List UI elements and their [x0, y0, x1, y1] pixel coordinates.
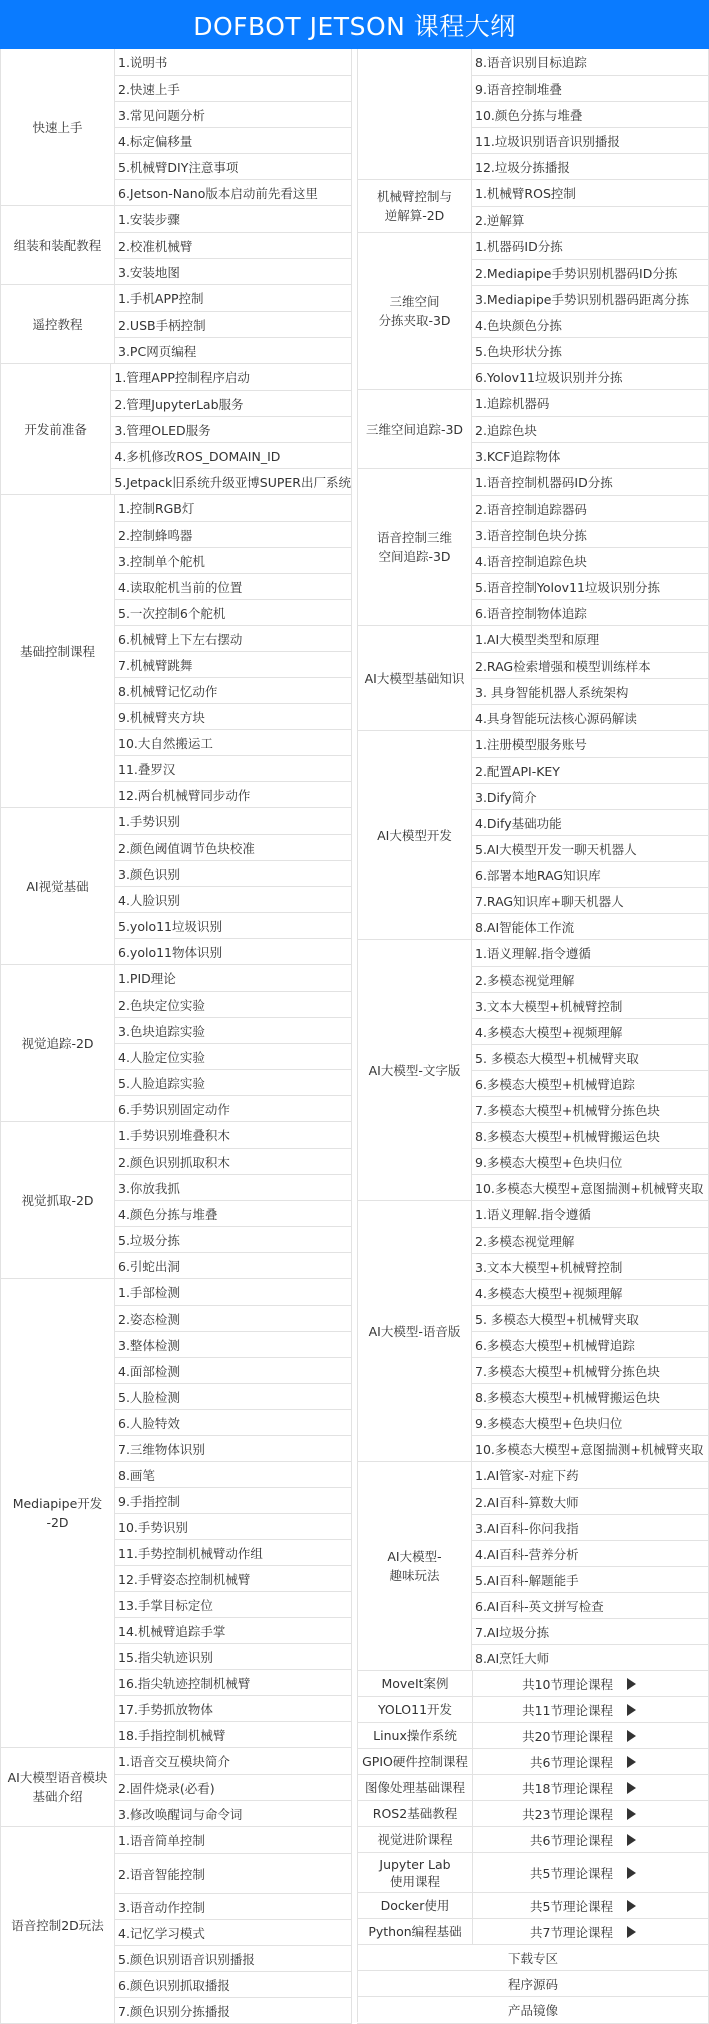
lesson-link[interactable]: 2.Mediapipe手势识别机器码ID分拣 — [472, 259, 708, 285]
lesson-link[interactable]: 6.yolo11物体识别 — [115, 938, 351, 964]
lesson-link[interactable]: 2.控制蜂鸣器 — [115, 521, 351, 547]
lesson-link[interactable]: 2.固件烧录(必看) — [115, 1774, 351, 1800]
lesson-link[interactable]: 7.三维物体识别 — [115, 1435, 351, 1461]
lesson-link[interactable]: 3.Dify简介 — [472, 783, 708, 809]
lesson-list: 1.语音简单控制2.语音智能控制3.语音动作控制4.记忆学习模式5.颜色识别语音… — [115, 1827, 352, 2023]
play-triangle-icon[interactable] — [627, 1782, 636, 1794]
lesson-link[interactable]: 8.机械臂记忆动作 — [115, 677, 351, 703]
course-group: 遥控教程1.手机APP控制2.USB手柄控制3.PC网页编程 — [1, 284, 352, 363]
lesson-link[interactable]: 6.人脸特效 — [115, 1409, 351, 1435]
category-label: 视觉追踪-2D — [1, 965, 115, 1121]
course-group: AI大模型开发1.注册模型服务账号2.配置API-KEY3.Dify简介4.Di… — [357, 730, 708, 939]
lesson-link[interactable]: 6.多模态大模型+机械臂追踪 — [472, 1331, 708, 1357]
play-triangle-icon[interactable] — [627, 1704, 636, 1716]
category-label: 语音控制2D玩法 — [1, 1827, 115, 2023]
lesson-link[interactable]: 7.多模态大模型+机械臂分拣色块 — [472, 1357, 708, 1383]
lesson-link[interactable]: 12.手臂姿态控制机械臂 — [115, 1565, 351, 1591]
lesson-link[interactable]: 4.标定偏移量 — [115, 127, 351, 153]
lesson-link[interactable]: 1.机器码ID分拣 — [472, 233, 708, 259]
lesson-link[interactable]: 3.KCF追踪物体 — [472, 442, 708, 468]
left-course-table: 快速上手1.说明书2.快速上手3.常见问题分析4.标定偏移量5.机械臂DIY注意… — [0, 49, 352, 2024]
course-name[interactable]: YOLO11开发 — [358, 1697, 473, 1722]
course-count: 共10节理论课程 — [522, 1675, 613, 1693]
lesson-link[interactable]: 10.手势识别 — [115, 1513, 351, 1539]
course-count-link[interactable]: 共5节理论课程 — [473, 1893, 708, 1918]
lesson-link[interactable]: 14.机械臂追踪手掌 — [115, 1617, 351, 1643]
lesson-link[interactable]: 3.你放我抓 — [115, 1174, 351, 1200]
course-name[interactable]: MoveIt案例 — [358, 1671, 473, 1696]
course-count: 共7节理论课程 — [530, 1923, 613, 1941]
course-count-link[interactable]: 共11节理论课程 — [473, 1697, 708, 1722]
resource-link[interactable]: 程序源码 — [357, 1970, 708, 1996]
category-label: 组装和装配教程 — [1, 206, 115, 284]
course-outline: 快速上手1.说明书2.快速上手3.常见问题分析4.标定偏移量5.机械臂DIY注意… — [0, 49, 709, 2024]
category-label: 遥控教程 — [1, 285, 115, 363]
lesson-link[interactable]: 3.管理OLED服务 — [111, 416, 351, 442]
course-name[interactable]: Jupyter Lab 使用课程 — [358, 1853, 473, 1892]
lesson-link[interactable]: 11.垃圾识别语音识别播报 — [472, 127, 708, 153]
lesson-link[interactable]: 10.大自然搬运工 — [115, 729, 351, 755]
lesson-link[interactable]: 12.两台机械臂同步动作 — [115, 781, 351, 807]
theory-course-row[interactable]: Linux操作系统共20节理论课程 — [357, 1722, 708, 1748]
course-group: 语音控制2D玩法1.语音简单控制2.语音智能控制3.语音动作控制4.记忆学习模式… — [1, 1826, 352, 2023]
play-triangle-icon[interactable] — [627, 1808, 636, 1820]
lesson-link[interactable]: 7.颜色识别分拣播报 — [115, 1997, 351, 2023]
lesson-link[interactable]: 3.色块追踪实验 — [115, 1017, 351, 1043]
lesson-link[interactable]: 8.AI智能体工作流 — [472, 913, 708, 939]
lesson-link[interactable]: 11.手势控制机械臂动作组 — [115, 1539, 351, 1565]
lesson-list: 1.注册模型服务账号2.配置API-KEY3.Dify简介4.Dify基础功能5… — [472, 731, 708, 939]
lesson-link[interactable]: 5.Jetpack旧系统升级亚博SUPER出厂系统 — [111, 468, 351, 494]
lesson-link[interactable]: 6.Jetson-Nano版本启动前先看这里 — [115, 179, 351, 205]
lesson-link[interactable]: 3.文本大模型+机械臂控制 — [472, 1253, 708, 1279]
category-label: AI大模型-文字版 — [357, 940, 472, 1200]
lesson-link[interactable]: 15.指尖轨迹识别 — [115, 1643, 351, 1669]
lesson-link[interactable]: 1.AI管家-对症下药 — [472, 1462, 708, 1488]
course-name[interactable]: 图像处理基础课程 — [358, 1775, 473, 1800]
lesson-link[interactable]: 5.AI百科-解题能手 — [472, 1566, 708, 1592]
lesson-list: 1.语义理解.指令遵循2.多模态视觉理解3.文本大模型+机械臂控制4.多模态大模… — [472, 940, 708, 1200]
course-group: AI大模型- 趣味玩法1.AI管家-对症下药2.AI百科-算数大师3.AI百科-… — [357, 1461, 708, 1670]
lesson-link[interactable]: 16.指尖轨迹控制机械臂 — [115, 1669, 351, 1695]
lesson-link[interactable]: 4.颜色分拣与堆叠 — [115, 1200, 351, 1226]
lesson-link[interactable]: 5.色块形状分拣 — [472, 337, 708, 363]
category-label: 快速上手 — [1, 49, 115, 205]
lesson-link[interactable]: 2.语音控制追踪器码 — [472, 495, 708, 521]
lesson-link[interactable]: 3.语音控制色块分拣 — [472, 521, 708, 547]
course-group: 视觉追踪-2D1.PID理论2.色块定位实验3.色块追踪实验4.人脸定位实验5.… — [1, 964, 352, 1121]
course-count-link[interactable]: 共6节理论课程 — [473, 1827, 708, 1852]
lesson-list: 1.PID理论2.色块定位实验3.色块追踪实验4.人脸定位实验5.人脸追踪实验6… — [115, 965, 352, 1121]
page-title: DOFBOT JETSON 课程大纲 — [193, 7, 516, 43]
lesson-link[interactable]: 3.安装地图 — [115, 258, 351, 284]
lesson-link[interactable]: 5. 多模态大模型+机械臂夹取 — [472, 1044, 708, 1070]
course-group: AI大模型-文字版1.语义理解.指令遵循2.多模态视觉理解3.文本大模型+机械臂… — [357, 939, 708, 1200]
course-group: 三维空间 分拣夹取-3D1.机器码ID分拣2.Mediapipe手势识别机器码I… — [357, 232, 708, 389]
lesson-list: 1.机器码ID分拣2.Mediapipe手势识别机器码ID分拣3.Mediapi… — [472, 233, 708, 389]
course-count: 共18节理论课程 — [522, 1779, 613, 1797]
theory-course-row[interactable]: GPIO硬件控制课程共6节理论课程 — [357, 1748, 708, 1774]
category-label: 基础控制课程 — [1, 495, 115, 807]
course-name[interactable]: 视觉进阶课程 — [358, 1827, 473, 1852]
lesson-link[interactable]: 2.快速上手 — [115, 75, 351, 101]
category-label: 三维空间 分拣夹取-3D — [357, 233, 472, 389]
category-label: AI大模型语音模块基础介绍 — [1, 1748, 115, 1826]
course-group: 8.语音识别目标追踪9.语音控制堆叠10.颜色分拣与堆叠11.垃圾识别语音识别播… — [357, 49, 708, 179]
lesson-link[interactable]: 1.机械臂ROS控制 — [472, 180, 708, 206]
lesson-link[interactable]: 2.色块定位实验 — [115, 991, 351, 1017]
course-group: 组装和装配教程1.安装步骤2.校准机械臂3.安装地图 — [1, 205, 352, 284]
lesson-link[interactable]: 11.叠罗汉 — [115, 755, 351, 781]
lesson-link[interactable]: 1.控制RGB灯 — [115, 495, 351, 521]
course-count: 共5节理论课程 — [530, 1864, 613, 1882]
lesson-link[interactable]: 6.语音控制物体追踪 — [472, 599, 708, 625]
lesson-link[interactable]: 5.机械臂DIY注意事项 — [115, 153, 351, 179]
lesson-link[interactable]: 2.管理JupyterLab服务 — [111, 390, 351, 416]
lesson-link[interactable]: 3.颜色识别 — [115, 860, 351, 886]
course-group: 开发前准备1.管理APP控制程序启动2.管理JupyterLab服务3.管理OL… — [1, 363, 352, 494]
page-header: DOFBOT JETSON 课程大纲 — [0, 0, 709, 49]
lesson-link[interactable]: 9.手指控制 — [115, 1487, 351, 1513]
lesson-list: 1.追踪机器码2.追踪色块3.KCF追踪物体 — [472, 390, 708, 468]
lesson-link[interactable]: 1.PID理论 — [115, 965, 351, 991]
lesson-link[interactable]: 7.AI垃圾分拣 — [472, 1618, 708, 1644]
lesson-link[interactable]: 4.人脸定位实验 — [115, 1043, 351, 1069]
category-label: AI大模型基础知识 — [357, 626, 472, 730]
lesson-link[interactable]: 2.颜色阈值调节色块校准 — [115, 834, 351, 860]
lesson-link[interactable]: 5.yolo11垃圾识别 — [115, 912, 351, 938]
lesson-link[interactable]: 4.语音控制追踪色块 — [472, 547, 708, 573]
lesson-link[interactable]: 3.PC网页编程 — [115, 337, 351, 363]
lesson-link[interactable]: 2.多模态视觉理解 — [472, 966, 708, 992]
lesson-link[interactable]: 4.Dify基础功能 — [472, 809, 708, 835]
course-name[interactable]: Linux操作系统 — [358, 1723, 473, 1748]
lesson-link[interactable]: 1.说明书 — [115, 49, 351, 75]
lesson-link[interactable]: 4.记忆学习模式 — [115, 1919, 351, 1945]
course-group: 三维空间追踪-3D1.追踪机器码2.追踪色块3.KCF追踪物体 — [357, 389, 708, 468]
lesson-link[interactable]: 2.逆解算 — [472, 206, 708, 232]
course-name[interactable]: Python编程基础 — [358, 1919, 473, 1944]
category-label: AI视觉基础 — [1, 808, 115, 964]
lesson-link[interactable]: 18.手指控制机械臂 — [115, 1721, 351, 1747]
lesson-link[interactable]: 3.文本大模型+机械臂控制 — [472, 992, 708, 1018]
lesson-link[interactable]: 4.读取舵机当前的位置 — [115, 573, 351, 599]
lesson-link[interactable]: 9.语音控制堆叠 — [472, 75, 708, 101]
course-count-link[interactable]: 共10节理论课程 — [473, 1671, 708, 1696]
lesson-link[interactable]: 10.多模态大模型+意图揣测+机械臂夹取 — [472, 1435, 708, 1461]
lesson-link[interactable]: 3.AI百科-你问我指 — [472, 1514, 708, 1540]
lesson-link[interactable]: 1.追踪机器码 — [472, 390, 708, 416]
course-count-link[interactable]: 共20节理论课程 — [473, 1723, 708, 1748]
lesson-link[interactable]: 1.语音简单控制 — [115, 1827, 351, 1853]
lesson-link[interactable]: 4.AI百科-营养分析 — [472, 1540, 708, 1566]
lesson-list: 1.手势识别堆叠积木2.颜色识别抓取积木3.你放我抓4.颜色分拣与堆叠5.垃圾分… — [115, 1122, 352, 1278]
course-count: 共20节理论课程 — [522, 1727, 613, 1745]
play-triangle-icon[interactable] — [627, 1678, 636, 1690]
right-course-table: 8.语音识别目标追踪9.语音控制堆叠10.颜色分拣与堆叠11.垃圾识别语音识别播… — [357, 49, 709, 2024]
resource-link[interactable]: 产品镜像 — [357, 1996, 708, 2022]
lesson-link[interactable]: 13.手掌目标定位 — [115, 1591, 351, 1617]
category-label — [357, 49, 472, 179]
lesson-link[interactable]: 12.垃圾分拣播报 — [472, 153, 708, 179]
lesson-list: 1.语音交互模块简介2.固件烧录(必看)3.修改唤醒词与命令词 — [115, 1748, 352, 1826]
course-count-link[interactable]: 共23节理论课程 — [473, 1801, 708, 1826]
play-triangle-icon[interactable] — [627, 1926, 636, 1938]
lesson-link[interactable]: 1.手势识别堆叠积木 — [115, 1122, 351, 1148]
lesson-link[interactable]: 3.控制单个舵机 — [115, 547, 351, 573]
lesson-link[interactable]: 5.人脸检测 — [115, 1383, 351, 1409]
lesson-link[interactable]: 6.Yolov11垃圾识别并分拣 — [472, 363, 708, 389]
lesson-link[interactable]: 4.多模态大模型+视频理解 — [472, 1018, 708, 1044]
course-count: 共23节理论课程 — [522, 1805, 613, 1823]
theory-course-row[interactable]: ROS2基础教程共23节理论课程 — [357, 1800, 708, 1826]
lesson-link[interactable]: 10.多模态大模型+意图揣测+机械臂夹取 — [472, 1174, 708, 1200]
lesson-link[interactable]: 8.多模态大模型+机械臂搬运色块 — [472, 1122, 708, 1148]
lesson-link[interactable]: 1.注册模型服务账号 — [472, 731, 708, 757]
lesson-link[interactable]: 1.AI大模型类型和原理 — [472, 626, 708, 652]
lesson-link[interactable]: 1.手部检测 — [115, 1279, 351, 1305]
lesson-link[interactable]: 8.多模态大模型+机械臂搬运色块 — [472, 1383, 708, 1409]
lesson-link[interactable]: 9.多模态大模型+色块归位 — [472, 1409, 708, 1435]
lesson-list: 1.手机APP控制2.USB手柄控制3.PC网页编程 — [115, 285, 352, 363]
lesson-link[interactable]: 3.修改唤醒词与命令词 — [115, 1800, 351, 1826]
lesson-link[interactable]: 5.垃圾分拣 — [115, 1226, 351, 1252]
lesson-link[interactable]: 2.AI百科-算数大师 — [472, 1488, 708, 1514]
lesson-link[interactable]: 1.安装步骤 — [115, 206, 351, 232]
course-group: 基础控制课程1.控制RGB灯2.控制蜂鸣器3.控制单个舵机4.读取舵机当前的位置… — [1, 494, 352, 807]
lesson-link[interactable]: 3.常见问题分析 — [115, 101, 351, 127]
lesson-link[interactable]: 10.颜色分拣与堆叠 — [472, 101, 708, 127]
lesson-link[interactable]: 4.人脸识别 — [115, 886, 351, 912]
lesson-link[interactable]: 5.颜色识别语音识别播报 — [115, 1945, 351, 1971]
course-group: 语音控制三维 空间追踪-3D1.语音控制机器码ID分拣2.语音控制追踪器码3.语… — [357, 468, 708, 625]
lesson-link[interactable]: 6.颜色识别抓取播报 — [115, 1971, 351, 1997]
lesson-link[interactable]: 5.AI大模型开发一聊天机器人 — [472, 835, 708, 861]
lesson-link[interactable]: 9.机械臂夹方块 — [115, 703, 351, 729]
lesson-list: 1.手部检测2.姿态检测3.整体检测4.面部检测5.人脸检测6.人脸特效7.三维… — [115, 1279, 352, 1747]
course-name[interactable]: Docker使用 — [358, 1893, 473, 1918]
theory-course-row[interactable]: 图像处理基础课程共18节理论课程 — [357, 1774, 708, 1800]
category-label: Mediapipe开发 -2D — [1, 1279, 115, 1747]
course-group: AI大模型语音模块基础介绍1.语音交互模块简介2.固件烧录(必看)3.修改唤醒词… — [1, 1747, 352, 1826]
course-count-link[interactable]: 共5节理论课程 — [473, 1853, 708, 1892]
course-count: 共6节理论课程 — [530, 1753, 613, 1771]
lesson-link[interactable]: 1.管理APP控制程序启动 — [111, 364, 351, 390]
lesson-link[interactable]: 2.RAG检索增强和模型训练样本 — [472, 652, 708, 678]
theory-course-row[interactable]: Docker使用共5节理论课程 — [357, 1892, 708, 1918]
lesson-link[interactable]: 6.AI百科-英文拼写检查 — [472, 1592, 708, 1618]
lesson-link[interactable]: 2.追踪色块 — [472, 416, 708, 442]
lesson-link[interactable]: 8.画笔 — [115, 1461, 351, 1487]
lesson-list: 1.控制RGB灯2.控制蜂鸣器3.控制单个舵机4.读取舵机当前的位置5.一次控制… — [115, 495, 352, 807]
category-label: AI大模型-语音版 — [357, 1201, 472, 1461]
lesson-link[interactable]: 2.多模态视觉理解 — [472, 1227, 708, 1253]
play-triangle-icon[interactable] — [627, 1756, 636, 1768]
course-group: AI大模型-语音版1.语义理解.指令遵循2.多模态视觉理解3.文本大模型+机械臂… — [357, 1200, 708, 1461]
lesson-link[interactable]: 3.整体检测 — [115, 1331, 351, 1357]
lesson-link[interactable]: 1.语音交互模块简介 — [115, 1748, 351, 1774]
lesson-link[interactable]: 4.面部检测 — [115, 1357, 351, 1383]
course-count: 共5节理论课程 — [530, 1897, 613, 1915]
course-count-link[interactable]: 共18节理论课程 — [473, 1775, 708, 1800]
lesson-link[interactable]: 5.一次控制6个舵机 — [115, 599, 351, 625]
lesson-link[interactable]: 8.语音识别目标追踪 — [472, 49, 708, 75]
category-label: AI大模型- 趣味玩法 — [357, 1462, 472, 1670]
lesson-link[interactable]: 7.多模态大模型+机械臂分拣色块 — [472, 1096, 708, 1122]
lesson-link[interactable]: 2.校准机械臂 — [115, 232, 351, 258]
lesson-link[interactable]: 2.颜色识别抓取积木 — [115, 1148, 351, 1174]
theory-course-row[interactable]: YOLO11开发共11节理论课程 — [357, 1696, 708, 1722]
course-group: 快速上手1.说明书2.快速上手3.常见问题分析4.标定偏移量5.机械臂DIY注意… — [1, 49, 352, 205]
course-name[interactable]: ROS2基础教程 — [358, 1801, 473, 1826]
lesson-link[interactable]: 4.多机修改ROS_DOMAIN_ID — [111, 442, 351, 468]
category-label: 语音控制三维 空间追踪-3D — [357, 469, 472, 625]
course-count: 共11节理论课程 — [522, 1701, 613, 1719]
course-group: AI大模型基础知识1.AI大模型类型和原理2.RAG检索增强和模型训练样本3. … — [357, 625, 708, 730]
lesson-link[interactable]: 3.语音动作控制 — [115, 1893, 351, 1919]
course-group: 视觉抓取-2D1.手势识别堆叠积木2.颜色识别抓取积木3.你放我抓4.颜色分拣与… — [1, 1121, 352, 1278]
lesson-list: 8.语音识别目标追踪9.语音控制堆叠10.颜色分拣与堆叠11.垃圾识别语音识别播… — [472, 49, 708, 179]
lesson-link[interactable]: 6.引蛇出洞 — [115, 1252, 351, 1278]
lesson-list: 1.管理APP控制程序启动2.管理JupyterLab服务3.管理OLED服务4… — [111, 364, 352, 494]
category-label: AI大模型开发 — [357, 731, 472, 939]
play-triangle-icon[interactable] — [627, 1900, 636, 1912]
lesson-list: 1.语义理解.指令遵循2.多模态视觉理解3.文本大模型+机械臂控制4.多模态大模… — [472, 1201, 708, 1461]
play-triangle-icon[interactable] — [627, 1834, 636, 1846]
lesson-link[interactable]: 9.多模态大模型+色块归位 — [472, 1148, 708, 1174]
lesson-link[interactable]: 5. 多模态大模型+机械臂夹取 — [472, 1305, 708, 1331]
lesson-link[interactable]: 1.语义理解.指令遵循 — [472, 1201, 708, 1227]
lesson-link[interactable]: 8.AI烹饪大师 — [472, 1644, 708, 1670]
lesson-link[interactable]: 1.语音控制机器码ID分拣 — [472, 469, 708, 495]
lesson-link[interactable]: 3.Mediapipe手势识别机器码距离分拣 — [472, 285, 708, 311]
theory-course-row[interactable]: MoveIt案例共10节理论课程 — [357, 1670, 708, 1696]
course-count: 共6节理论课程 — [530, 1831, 613, 1849]
course-count-link[interactable]: 共6节理论课程 — [473, 1749, 708, 1774]
lesson-list: 1.安装步骤2.校准机械臂3.安装地图 — [115, 206, 352, 284]
lesson-link[interactable]: 7.RAG知识库+聊天机器人 — [472, 887, 708, 913]
lesson-link[interactable]: 6.手势识别固定动作 — [115, 1095, 351, 1121]
lesson-link[interactable]: 2.姿态检测 — [115, 1305, 351, 1331]
lesson-link[interactable]: 5.人脸追踪实验 — [115, 1069, 351, 1095]
lesson-list: 1.AI大模型类型和原理2.RAG检索增强和模型训练样本3. 具身智能机器人系统… — [472, 626, 708, 730]
lesson-list: 1.手势识别2.颜色阈值调节色块校准3.颜色识别4.人脸识别5.yolo11垃圾… — [115, 808, 352, 964]
lesson-link[interactable]: 4.多模态大模型+视频理解 — [472, 1279, 708, 1305]
lesson-link[interactable]: 7.机械臂跳舞 — [115, 651, 351, 677]
lesson-link[interactable]: 4.色块颜色分拣 — [472, 311, 708, 337]
theory-course-row[interactable]: Jupyter Lab 使用课程共5节理论课程 — [357, 1852, 708, 1892]
lesson-link[interactable]: 5.语音控制Yolov11垃圾识别分拣 — [472, 573, 708, 599]
category-label: 机械臂控制与 逆解算-2D — [357, 180, 472, 232]
lesson-link[interactable]: 17.手势抓放物体 — [115, 1695, 351, 1721]
category-label: 三维空间追踪-3D — [357, 390, 472, 468]
play-triangle-icon[interactable] — [627, 1730, 636, 1742]
lesson-link[interactable]: 2.USB手柄控制 — [115, 311, 351, 337]
lesson-link[interactable]: 1.手机APP控制 — [115, 285, 351, 311]
lesson-link[interactable]: 3. 具身智能机器人系统架构 — [472, 678, 708, 704]
lesson-list: 1.说明书2.快速上手3.常见问题分析4.标定偏移量5.机械臂DIY注意事项6.… — [115, 49, 352, 205]
theory-course-row[interactable]: Python编程基础共7节理论课程 — [357, 1918, 708, 1944]
course-count-link[interactable]: 共7节理论课程 — [473, 1919, 708, 1944]
lesson-link[interactable]: 6.多模态大模型+机械臂追踪 — [472, 1070, 708, 1096]
resource-link[interactable]: 下载专区 — [357, 1944, 708, 1970]
lesson-link[interactable]: 2.语音智能控制 — [115, 1853, 351, 1893]
course-group: AI视觉基础1.手势识别2.颜色阈值调节色块校准3.颜色识别4.人脸识别5.yo… — [1, 807, 352, 964]
lesson-list: 1.机械臂ROS控制2.逆解算 — [472, 180, 708, 232]
lesson-link[interactable]: 2.配置API-KEY — [472, 757, 708, 783]
course-group: Mediapipe开发 -2D1.手部检测2.姿态检测3.整体检测4.面部检测5… — [1, 1278, 352, 1747]
course-name[interactable]: GPIO硬件控制课程 — [358, 1749, 473, 1774]
lesson-link[interactable]: 1.语义理解.指令遵循 — [472, 940, 708, 966]
play-triangle-icon[interactable] — [627, 1867, 636, 1879]
lesson-list: 1.语音控制机器码ID分拣2.语音控制追踪器码3.语音控制色块分拣4.语音控制追… — [472, 469, 708, 625]
category-label: 开发前准备 — [1, 364, 111, 494]
lesson-list: 1.AI管家-对症下药2.AI百科-算数大师3.AI百科-你问我指4.AI百科-… — [472, 1462, 708, 1670]
lesson-link[interactable]: 4.具身智能玩法核心源码解读 — [472, 704, 708, 730]
lesson-link[interactable]: 6.机械臂上下左右摆动 — [115, 625, 351, 651]
lesson-link[interactable]: 6.部署本地RAG知识库 — [472, 861, 708, 887]
category-label: 视觉抓取-2D — [1, 1122, 115, 1278]
lesson-link[interactable]: 1.手势识别 — [115, 808, 351, 834]
course-group: 机械臂控制与 逆解算-2D1.机械臂ROS控制2.逆解算 — [357, 179, 708, 232]
theory-course-row[interactable]: 视觉进阶课程共6节理论课程 — [357, 1826, 708, 1852]
